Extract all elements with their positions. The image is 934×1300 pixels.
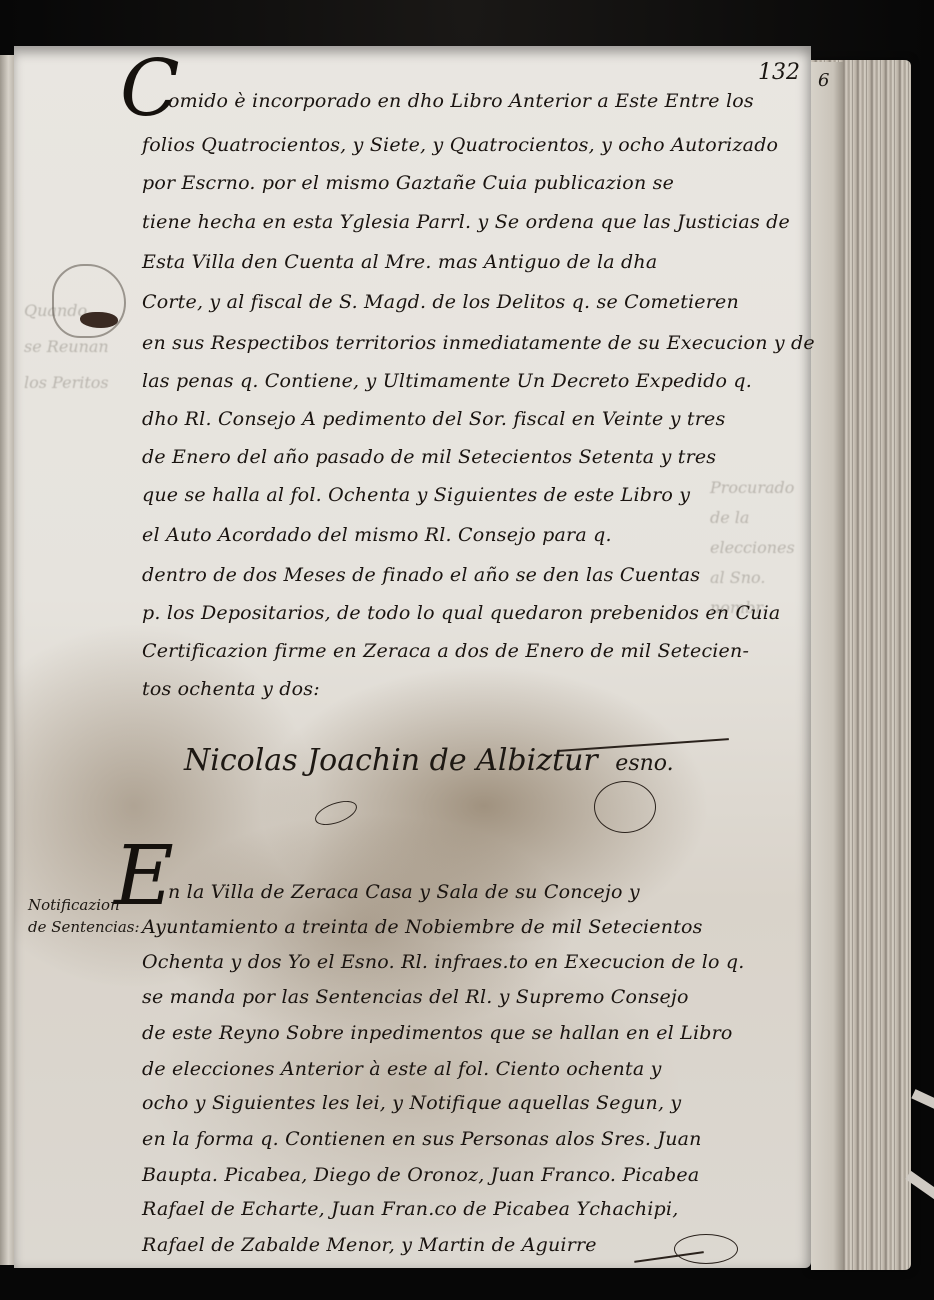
signature-rubric (594, 781, 656, 833)
text-line: el Auto Acordado del mismo Rl. Consejo p… (142, 524, 612, 546)
text-line: n la Villa de Zeraca Casa y Sala de su C… (168, 881, 640, 903)
text-line: dho Rl. Consejo A pedimento del Sor. fis… (142, 408, 725, 430)
text-line: se manda por las Sentencias del Rl. y Su… (142, 986, 689, 1008)
text-line: Ayuntamiento a treinta de Nobiembre de m… (142, 916, 703, 938)
text-line: por Escrno. por el mismo Gaztañe Cuia pu… (142, 172, 674, 194)
text-line: Rafael de Zabalde Menor, y Martin de Agu… (142, 1234, 597, 1256)
signature-suffix: esno. (615, 751, 673, 776)
closing-rubric (674, 1234, 738, 1264)
manuscript-page: Quandose Reunanlos Peritos Procuradode l… (14, 46, 811, 1268)
text-line: de elecciones Anterior à este al fol. Ci… (142, 1058, 662, 1080)
text-line: omido è incorporado en dho Libro Anterio… (168, 90, 754, 112)
ghost-text: de la (710, 508, 749, 527)
signature-name: Nicolas Joachin de Albiztur (184, 743, 598, 778)
text-line: ocho y Siguientes les lei, y Notifique a… (142, 1092, 681, 1114)
rubric-mark (312, 796, 360, 830)
text-line: p. los Depositarios, de todo lo qual que… (142, 602, 780, 624)
ghost-text: al Sno. (710, 568, 765, 587)
text-line: Rafael de Echarte, Juan Fran.co de Picab… (142, 1198, 678, 1220)
ghost-text: elecciones (710, 538, 795, 557)
text-line: las penas q. Contiene, y Ultimamente Un … (142, 370, 752, 392)
text-line: de Enero del año pasado de mil Setecient… (142, 446, 716, 468)
text-line: Esta Villa den Cuenta al Mre. mas Antigu… (142, 251, 657, 273)
ghost-text: Quando (24, 301, 87, 320)
next-leaf-edge (811, 62, 843, 1270)
text-line: tos ochenta y dos: (142, 678, 320, 700)
previous-page-edge (0, 55, 14, 1265)
text-line: Baupta. Picabea, Diego de Oronoz, Juan F… (142, 1164, 699, 1186)
text-line: folios Quatrocientos, y Siete, y Quatroc… (142, 134, 778, 156)
folio-number: 132 (758, 60, 800, 85)
text-line: tiene hecha en esta Yglesia Parrl. y Se … (142, 211, 790, 233)
dropcap-section-2: E (114, 836, 174, 918)
text-line: Certificazion firme en Zeraca a dos de E… (142, 640, 749, 662)
ghost-text: Procurado (710, 478, 794, 497)
ghost-text: los Peritos (24, 373, 109, 392)
ghost-text: se Reunan (24, 337, 109, 356)
dropcap-section-1: C (120, 50, 180, 128)
text-line: en sus Respectibos territorios inmediata… (142, 332, 815, 354)
text-line: que se halla al fol. Ochenta y Siguiente… (142, 484, 690, 506)
text-line: Corte, y al fiscal de S. Magd. de los De… (142, 291, 739, 313)
text-line: dentro de dos Meses de finado el año se … (142, 564, 700, 586)
text-line: Ochenta y dos Yo el Esno. Rl. infraes.to… (142, 951, 745, 973)
text-line: en la forma q. Contienen en sus Personas… (142, 1128, 702, 1150)
text-line: de este Reyno Sobre inpedimentos que se … (142, 1022, 733, 1044)
edge-mark: 6 (818, 70, 829, 91)
